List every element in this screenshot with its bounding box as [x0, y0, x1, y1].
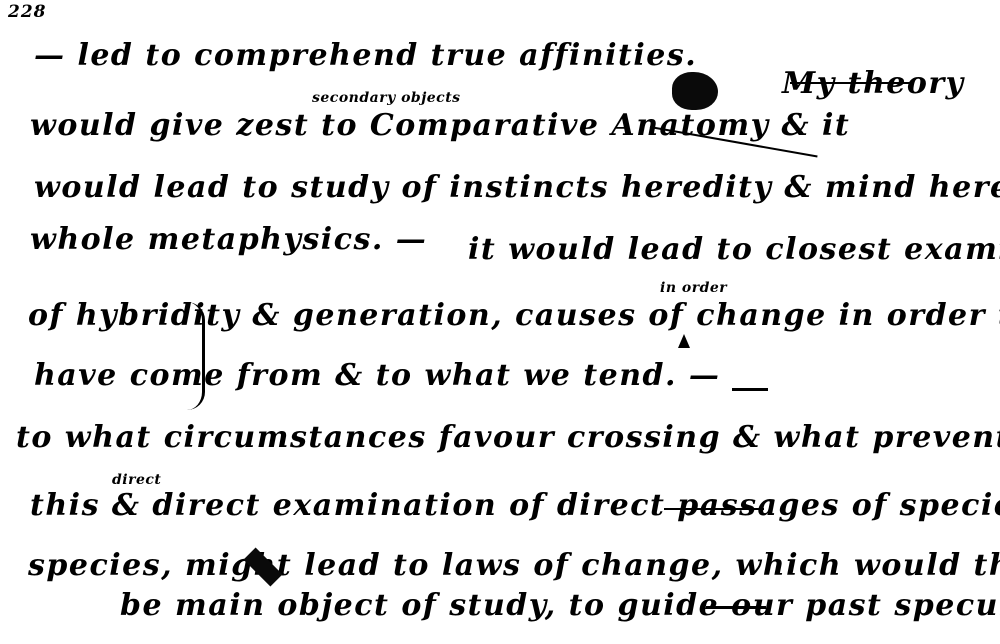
manuscript-page: 228 — led to comprehend true affinities.…	[0, 0, 1000, 644]
line-1-text: — led to comprehend true affinities.	[34, 38, 697, 73]
line-9-text: species, might lead to laws of change, w…	[28, 548, 1000, 583]
bracket-mark	[180, 302, 205, 410]
insertion-direct: direct	[112, 472, 161, 488]
line-1: — led to comprehend true affinities.	[34, 38, 697, 73]
page-number: 228	[8, 2, 47, 22]
line-4-text: whole metaphysics. —	[30, 222, 427, 257]
line-10: be main object of study, to guide our pa…	[120, 588, 1000, 623]
line-2: would give zest to Comparative Anatomy &…	[30, 108, 850, 143]
insertion-secondary-objects: secondary objects	[312, 90, 461, 106]
ink-blot-round	[672, 72, 718, 110]
line-2-text: would give zest to Comparative Anatomy &…	[30, 108, 850, 143]
line-9: species, might lead to laws of change, w…	[28, 548, 1000, 583]
line-4: whole metaphysics. —	[30, 222, 427, 257]
strike-species	[664, 508, 764, 510]
strike-theory	[790, 82, 910, 84]
strike-past	[706, 606, 766, 609]
line-5: of hybridity & generation, causes of cha…	[28, 298, 1000, 333]
line-6-text: have come from & to what we tend. —	[34, 358, 720, 393]
line-3-text: would lead to study of instincts heredit…	[34, 170, 1000, 205]
line-4b: it would lead to closest examination	[468, 232, 1000, 267]
line-5-text: of hybridity & generation, causes of cha…	[28, 298, 1000, 333]
line-7: to what circumstances favour crossing & …	[16, 420, 1000, 455]
insertion-caret	[678, 334, 690, 348]
end-dash	[732, 388, 768, 391]
line-8-text: this & direct examination of direct pass…	[30, 488, 1000, 523]
line-10-text: be main object of study, to guide our pa…	[120, 588, 1000, 623]
line-3: would lead to study of instincts heredit…	[34, 170, 1000, 205]
insertion-in-order: in order	[660, 280, 727, 296]
line-6: have come from & to what we tend. —	[34, 358, 720, 393]
line-8: this & direct examination of direct pass…	[30, 488, 1000, 523]
line-7-text: to what circumstances favour crossing & …	[16, 420, 1000, 455]
line-4b-text: it would lead to closest examination	[468, 232, 1000, 267]
